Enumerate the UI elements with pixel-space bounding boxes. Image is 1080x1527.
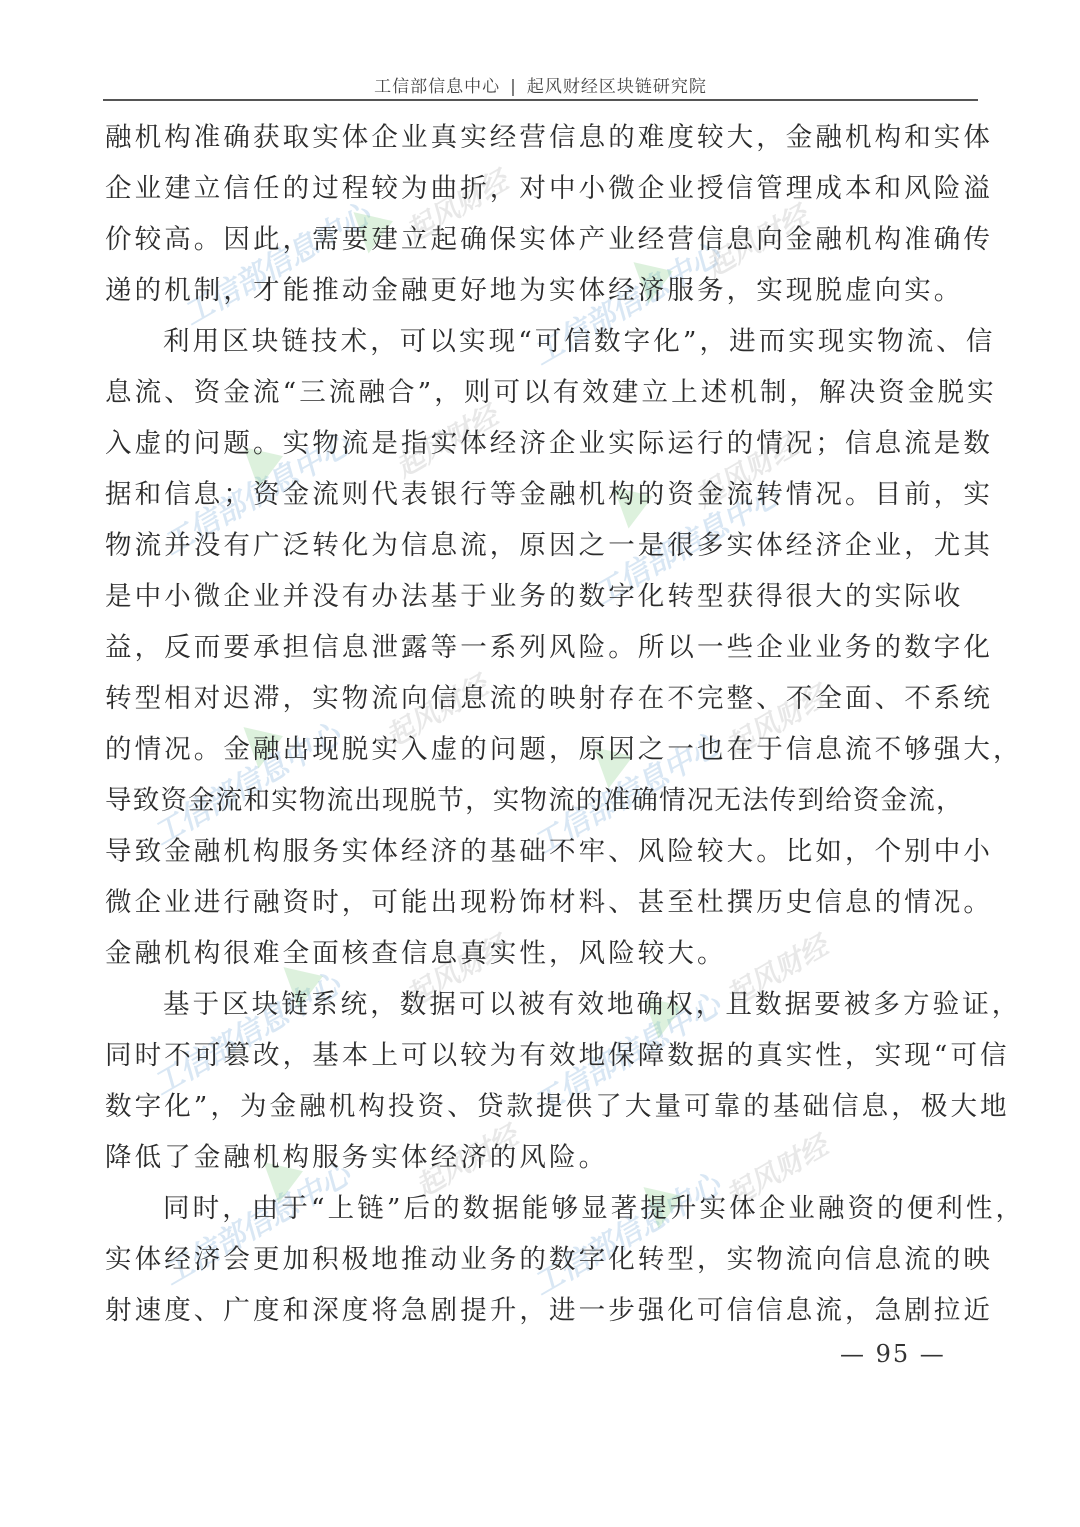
text-line: 数字化”，为金融机构投资、贷款提供了大量可靠的基础信息，极大地 (105, 1081, 977, 1132)
text-line: 实体经济会更加积极地推动业务的数字化转型，实物流向信息流的映 (105, 1234, 977, 1285)
body-text: 融机构准确获取实体企业真实经营信息的难度较大，金融机构和实体 企业建立信任的过程… (105, 112, 977, 1336)
text-line: 据和信息；资金流则代表银行等金融机构的资金流转情况。目前，实 (105, 469, 977, 520)
text-line: 微企业进行融资时，可能出现粉饰材料、甚至杜撰历史信息的情况。 (105, 877, 977, 928)
text-line: 导致资金流和实物流出现脱节，实物流的准确情况无法传到给资金流， (105, 775, 977, 826)
header-rule (103, 99, 978, 101)
text-line: 物流并没有广泛转化为信息流，原因之一是很多实体经济企业，尤其 (105, 520, 977, 571)
text-line: 同时不可篡改，基本上可以较为有效地保障数据的真实性，实现“可信 (105, 1030, 977, 1081)
text-line: 金融机构很难全面核查信息真实性，风险较大。 (105, 928, 977, 979)
paragraph: 融机构准确获取实体企业真实经营信息的难度较大，金融机构和实体 企业建立信任的过程… (105, 112, 977, 316)
text-line: 的情况。金融出现脱实入虚的问题，原因之一也在于信息流不够强大， (105, 724, 977, 775)
text-line: 基于区块链系统，数据可以被有效地确权，且数据要被多方验证， (105, 979, 977, 1030)
paragraph: 基于区块链系统，数据可以被有效地确权，且数据要被多方验证， 同时不可篡改，基本上… (105, 979, 977, 1183)
text-line: 息流、资金流“三流融合”，则可以有效建立上述机制，解决资金脱实 (105, 367, 977, 418)
text-line: 同时，由于“上链”后的数据能够显著提升实体企业融资的便利性， (105, 1183, 977, 1234)
header-right: 起风财经区块链研究院 (527, 77, 707, 97)
text-line: 降低了金融机构服务实体经济的风险。 (105, 1132, 977, 1183)
header-left: 工信部信息中心 (374, 77, 500, 97)
text-line: 利用区块链技术，可以实现“可信数字化”，进而实现实物流、信 (105, 316, 977, 367)
text-line: 入虚的问题。实物流是指实体经济企业实际运行的情况；信息流是数 (105, 418, 977, 469)
text-line: 转型相对迟滞，实物流向信息流的映射存在不完整、不全面、不系统 (105, 673, 977, 724)
paragraph: 同时，由于“上链”后的数据能够显著提升实体企业融资的便利性， 实体经济会更加积极… (105, 1183, 977, 1336)
text-line: 融机构准确获取实体企业真实经营信息的难度较大，金融机构和实体 (105, 112, 977, 163)
text-line: 导致金融机构服务实体经济的基础不牢、风险较大。比如，个别中小 (105, 826, 977, 877)
paragraph: 利用区块链技术，可以实现“可信数字化”，进而实现实物流、信 息流、资金流“三流融… (105, 316, 977, 979)
text-line: 递的机制，才能推动金融更好地为实体经济服务，实现脱虚向实。 (105, 265, 977, 316)
text-line: 是中小微企业并没有办法基于业务的数字化转型获得很大的实际收 (105, 571, 977, 622)
running-header: 工信部信息中心|起风财经区块链研究院 (103, 72, 978, 97)
text-line: 价较高。因此，需要建立起确保实体产业经营信息向金融机构准确传 (105, 214, 977, 265)
header-separator: | (510, 77, 517, 97)
text-line: 益，反而要承担信息泄露等一系列风险。所以一些企业业务的数字化 (105, 622, 977, 673)
text-line: 射速度、广度和深度将急剧提升，进一步强化可信信息流，急剧拉近 (105, 1285, 977, 1336)
text-line: 企业建立信任的过程较为曲折，对中小微企业授信管理成本和风险溢 (105, 163, 977, 214)
page-number: — 95 — (840, 1340, 946, 1368)
